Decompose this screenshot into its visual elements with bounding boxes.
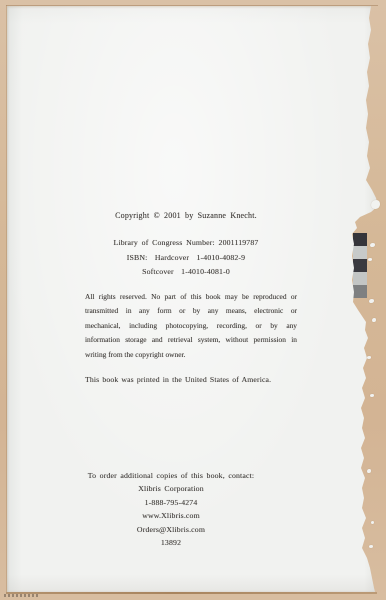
ordering-info-block-line-3: www.Xlibris.com [7,509,335,522]
gray-step-5 [353,285,367,298]
printed-in-usa-line: This book was printed in the United Stat… [85,375,271,384]
page-bottom-edge-shadow [6,592,377,594]
scanned-copyright-page: Copyright © 2001 by Suzanne Knecht. Libr… [0,0,386,600]
torn-paper-fleck [369,545,373,548]
ordering-info-block-line-5: 13892 [7,536,335,549]
gray-step-4 [353,272,367,285]
rights-paragraph-line-1: transmitted in any form or by any means,… [85,304,297,318]
gray-step-1 [353,233,367,246]
ordering-info-block-line-1: Xlibris Corporation [7,482,335,495]
torn-paper-fleck [368,258,372,261]
gray-step-2 [353,246,367,259]
copyright-line: Copyright © 2001 by Suzanne Knecht. [7,211,365,220]
rights-paragraph-line-2: mechanical, including photocopying, reco… [85,319,297,333]
page-left-edge-shadow [6,5,7,594]
torn-paper-fleck [369,299,374,303]
torn-paper-fleck [367,469,371,473]
publication-block: Library of Congress Number: 2001119787IS… [7,236,365,280]
grayscale-calibration-strip [353,233,367,298]
torn-paper-fleck [372,318,376,322]
edge-watermark-marks [4,594,38,597]
torn-paper-fleck [371,200,380,209]
publication-block-line-2: Softcover 1-4010-4081-0 [7,265,365,280]
publication-block-line-0: Library of Congress Number: 2001119787 [7,236,365,251]
torn-paper-fleck [371,521,374,524]
ordering-info-block-line-0: To order additional copies of this book,… [7,469,335,482]
ordering-info-block-line-2: 1-888-795-4274 [7,496,335,509]
rights-paragraph-line-4: writing from the copyright owner. [85,348,297,362]
ordering-info-block: To order additional copies of this book,… [7,469,335,549]
page-top-edge-shadow [6,5,378,6]
ordering-info-block-line-4: Orders@Xlibris.com [7,523,335,536]
book-page: Copyright © 2001 by Suzanne Knecht. Libr… [7,6,379,592]
gray-step-3 [353,259,367,272]
rights-paragraph-line-3: information storage and retrieval system… [85,333,297,347]
publication-block-line-1: ISBN: Hardcover 1-4010-4082-9 [7,251,365,266]
rights-paragraph: All rights reserved. No part of this boo… [85,290,297,362]
torn-paper-fleck [367,356,371,359]
rights-paragraph-line-0: All rights reserved. No part of this boo… [85,290,297,304]
torn-paper-fleck [370,243,375,247]
torn-paper-fleck [370,394,374,397]
